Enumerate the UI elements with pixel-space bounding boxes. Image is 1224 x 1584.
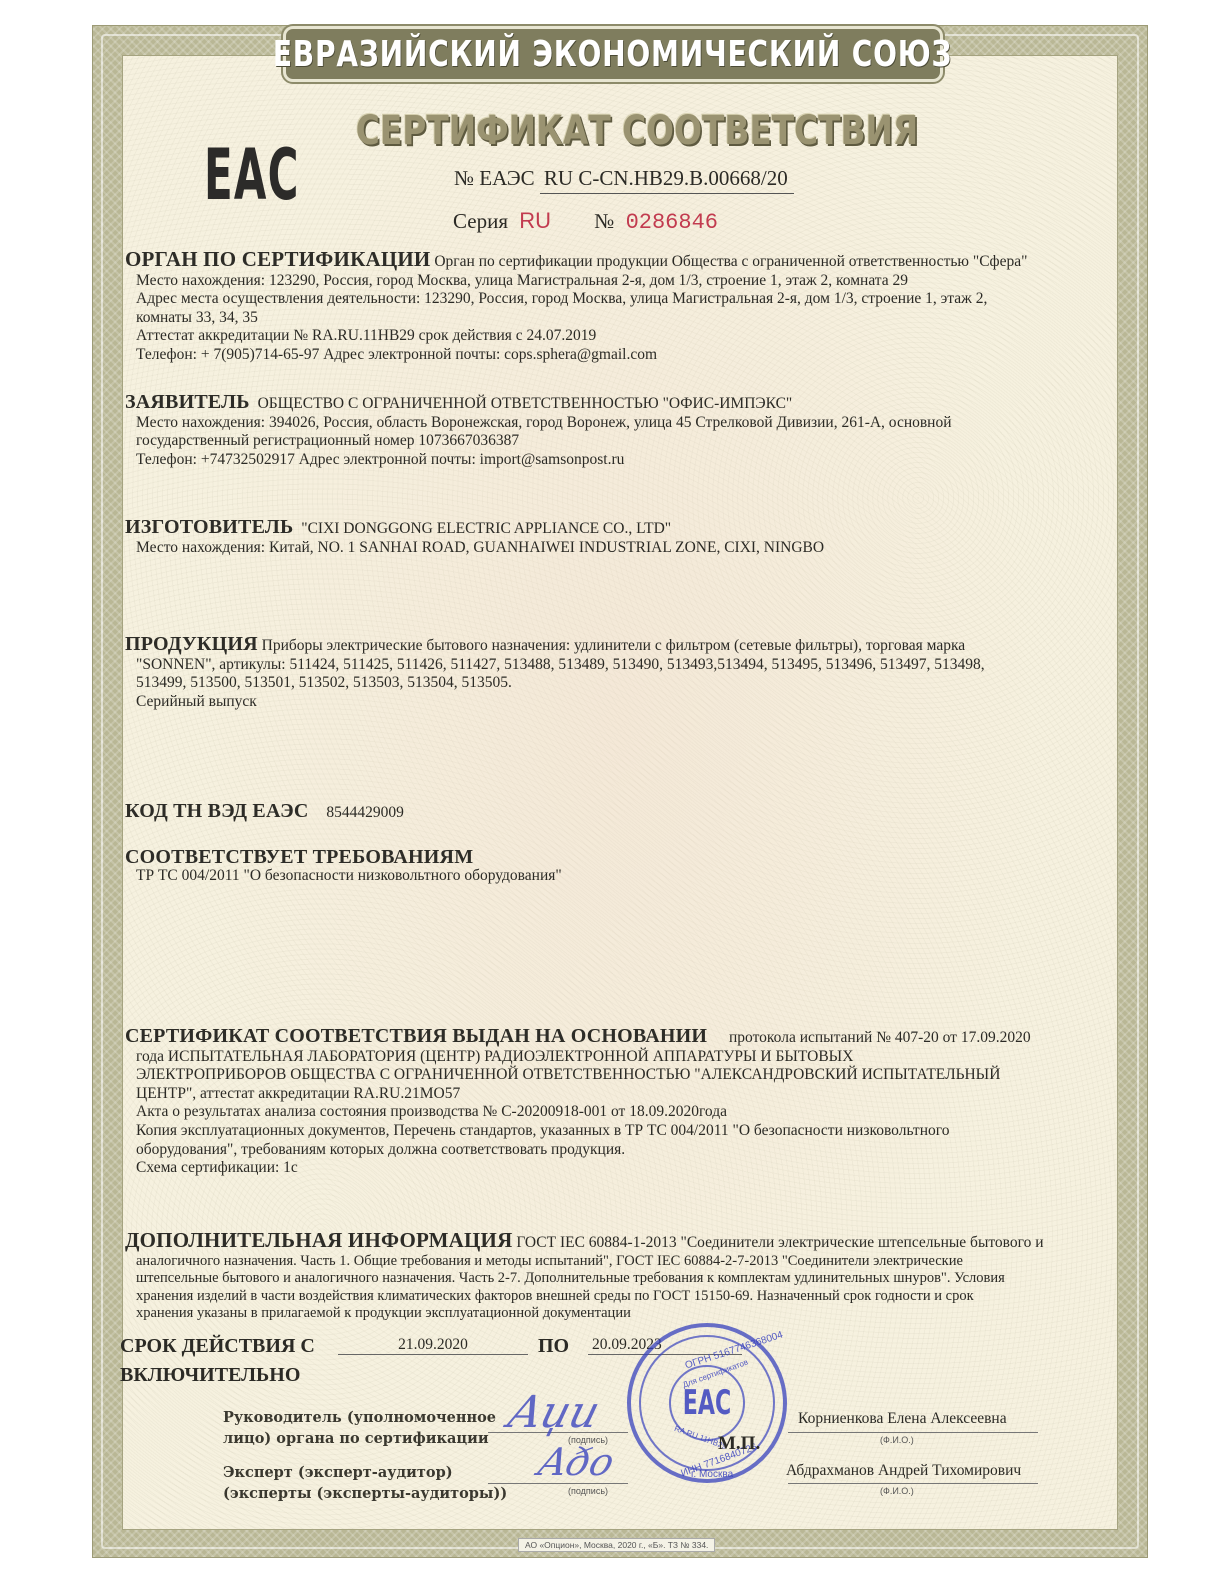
- expert-name-line: [788, 1483, 1038, 1484]
- basis-line: Акта о результатах анализа состояния про…: [125, 1103, 1100, 1122]
- additional-info-first: ГОСТ IEC 60884-1-2013 "Соединители элект…: [516, 1234, 1043, 1251]
- series-line: Серия RU № 0286846: [453, 208, 718, 235]
- eac-logo-icon: EAC: [204, 140, 300, 210]
- registration-label: № ЕАЭС: [454, 166, 535, 190]
- basis-line: Схема сертификации: 1с: [125, 1159, 1100, 1178]
- stamp-eac-icon: EAC: [658, 1383, 757, 1423]
- additional-line: аналогичного назначения. Часть 1. Общие …: [125, 1253, 1100, 1271]
- additional-line: штепсельные бытового и аналогичного назн…: [125, 1270, 1100, 1288]
- blank-number-label: №: [594, 209, 614, 233]
- requirements-heading: СООТВЕТСТВУЕТ ТРЕБОВАНИЯМ: [125, 848, 1100, 867]
- additional-line: хранения изделий в части воздействия кли…: [125, 1288, 1100, 1306]
- validity-from-date: 21.09.2020: [338, 1336, 528, 1355]
- series-label: Серия: [453, 209, 508, 233]
- cb-line: Место нахождения: 123290, Россия, город …: [125, 272, 1100, 291]
- product-heading: ПРОДУКЦИЯ: [125, 633, 258, 655]
- registration-number-line: № ЕАЭС RU C-CN.НВ29.В.00668/20: [454, 166, 794, 194]
- head-label: Руководитель (уполномоченное лицо) орган…: [223, 1407, 496, 1449]
- product-section: ПРОДУКЦИЯ Приборы электрические бытового…: [125, 635, 1100, 711]
- tn-ved-heading: КОД ТН ВЭД ЕАЭС: [125, 800, 309, 822]
- signature-caption: (подпись): [568, 1486, 608, 1496]
- seal-label: М.П.: [718, 1433, 760, 1455]
- applicant-line: Телефон: +74732502917 Адрес электронной …: [125, 451, 1100, 470]
- manufacturer-section: ИЗГОТОВИТЕЛЬ "CIXI DONGGONG ELECTRIC APP…: [125, 518, 1100, 557]
- manufacturer-heading: ИЗГОТОВИТЕЛЬ: [125, 516, 293, 538]
- union-banner-text: ЕВРАЗИЙСКИЙ ЭКОНОМИЧЕСКИЙ СОЮЗ: [273, 34, 952, 75]
- requirements-section: СООТВЕТСТВУЕТ ТРЕБОВАНИЯМ ТР ТС 004/2011…: [125, 848, 1100, 885]
- head-label-line: лицо) органа по сертификации: [223, 1428, 496, 1449]
- cb-line: Аттестат аккредитации № RA.RU.11НВ29 сро…: [125, 327, 1100, 346]
- basis-line: Копия эксплуатационных документов, Переч…: [125, 1122, 1100, 1141]
- requirements-line: ТР ТС 004/2011 "О безопасности низковоль…: [125, 867, 1100, 886]
- tn-ved-code: 8544429009: [326, 804, 404, 821]
- applicant-heading: ЗАЯВИТЕЛЬ: [125, 391, 250, 413]
- expert-label-line: Эксперт (эксперт-аудитор): [223, 1462, 507, 1483]
- applicant-section: ЗАЯВИТЕЛЬ ОБЩЕСТВО С ОГРАНИЧЕННОЙ ОТВЕТС…: [125, 393, 1100, 469]
- manufacturer-line: Место нахождения: Китай, NO. 1 SANHAI RO…: [125, 539, 1100, 558]
- printer-imprint: АО «Опцион», Москва, 2020 г., «Б». ТЗ № …: [518, 1538, 715, 1552]
- cb-line: комнаты 33, 34, 35: [125, 309, 1100, 328]
- basis-line: ЦЕНТР", аттестат аккредитации RA.RU.21MO…: [125, 1085, 1100, 1104]
- expert-signature: Aðo: [534, 1440, 619, 1484]
- validity-to-label: ПО: [538, 1335, 569, 1358]
- product-line: "SONNEN", артикулы: 511424, 511425, 5114…: [125, 656, 1100, 675]
- name-caption: (Ф.И.О.): [880, 1486, 914, 1496]
- certification-body-heading: ОРГАН ПО СЕРТИФИКАЦИИ: [125, 247, 430, 271]
- head-signature: Aџu: [503, 1387, 605, 1438]
- expert-name: Абдрахманов Андрей Тихомирович: [786, 1462, 1021, 1480]
- additional-line: хранения указаны в прилагаемой к продукц…: [125, 1305, 1100, 1323]
- certificate-title: СЕРТИФИКАТ СООТВЕТСТВИЯ: [356, 108, 864, 154]
- head-name-line: [788, 1432, 1038, 1433]
- expert-label-line: (эксперты (эксперты-аудиторы)): [223, 1483, 507, 1504]
- applicant-line: государственный регистрационный номер 10…: [125, 432, 1100, 451]
- cb-line: Телефон: + 7(905)714-65-97 Адрес электро…: [125, 346, 1100, 365]
- validity-from-label: СРОК ДЕЙСТВИЯ С: [120, 1335, 315, 1357]
- basis-section: СЕРТИФИКАТ СООТВЕТСТВИЯ ВЫДАН НА ОСНОВАН…: [125, 1027, 1100, 1178]
- head-label-line: Руководитель (уполномоченное: [223, 1407, 496, 1428]
- applicant-name: ОБЩЕСТВО С ОГРАНИЧЕННОЙ ОТВЕТСТВЕННОСТЬЮ…: [258, 395, 793, 412]
- registration-number: RU C-CN.НВ29.В.00668/20: [540, 166, 794, 194]
- expert-label: Эксперт (эксперт-аудитор) (эксперты (экс…: [223, 1462, 507, 1504]
- basis-heading: СЕРТИФИКАТ СООТВЕТСТВИЯ ВЫДАН НА ОСНОВАН…: [125, 1025, 707, 1047]
- additional-info-section: ДОПОЛНИТЕЛЬНАЯ ИНФОРМАЦИЯ ГОСТ IEC 60884…: [125, 1231, 1100, 1323]
- basis-protocol: протокола испытаний № 407-20 от 17.09.20…: [729, 1029, 1031, 1046]
- basis-line: года ИСПЫТАТЕЛЬНАЯ ЛАБОРАТОРИЯ (ЦЕНТР) Р…: [125, 1048, 1100, 1067]
- name-caption: (Ф.И.О.): [880, 1435, 914, 1445]
- blank-number: 0286846: [626, 210, 718, 235]
- tn-ved-section: КОД ТН ВЭД ЕАЭС 8544429009: [125, 802, 1100, 823]
- basis-line: оборудования", требованиям которых должн…: [125, 1141, 1100, 1160]
- product-line: Серийный выпуск: [125, 693, 1100, 712]
- manufacturer-name: "CIXI DONGGONG ELECTRIC APPLIANCE CO., L…: [301, 520, 671, 537]
- product-line: 513499, 513500, 513501, 513502, 513503, …: [125, 674, 1100, 693]
- union-banner: ЕВРАЗИЙСКИЙ ЭКОНОМИЧЕСКИЙ СОЮЗ: [283, 26, 943, 82]
- applicant-line: Место нахождения: 394026, Россия, област…: [125, 414, 1100, 433]
- stamp-city: г. Москва: [691, 1469, 733, 1480]
- certification-body-name: Орган по сертификации продукции Общества…: [434, 253, 1027, 270]
- certification-body-stamp: EAC ОГРН 5167746368004 ИНН 7716840726 г.…: [627, 1323, 787, 1483]
- certification-body-section: ОРГАН ПО СЕРТИФИКАЦИИ Орган по сертифика…: [125, 250, 1100, 365]
- head-name: Корниенкова Елена Алексеевна: [798, 1410, 1007, 1428]
- additional-info-heading: ДОПОЛНИТЕЛЬНАЯ ИНФОРМАЦИЯ: [125, 1228, 512, 1252]
- cb-line: Адрес места осуществления деятельности: …: [125, 290, 1100, 309]
- series-value: RU: [519, 208, 551, 233]
- product-description: Приборы электрические бытового назначени…: [262, 637, 966, 654]
- basis-line: ЭЛЕКТРОПРИБОРОВ ОБЩЕСТВА С ОГРАНИЧЕННОЙ …: [125, 1066, 1100, 1085]
